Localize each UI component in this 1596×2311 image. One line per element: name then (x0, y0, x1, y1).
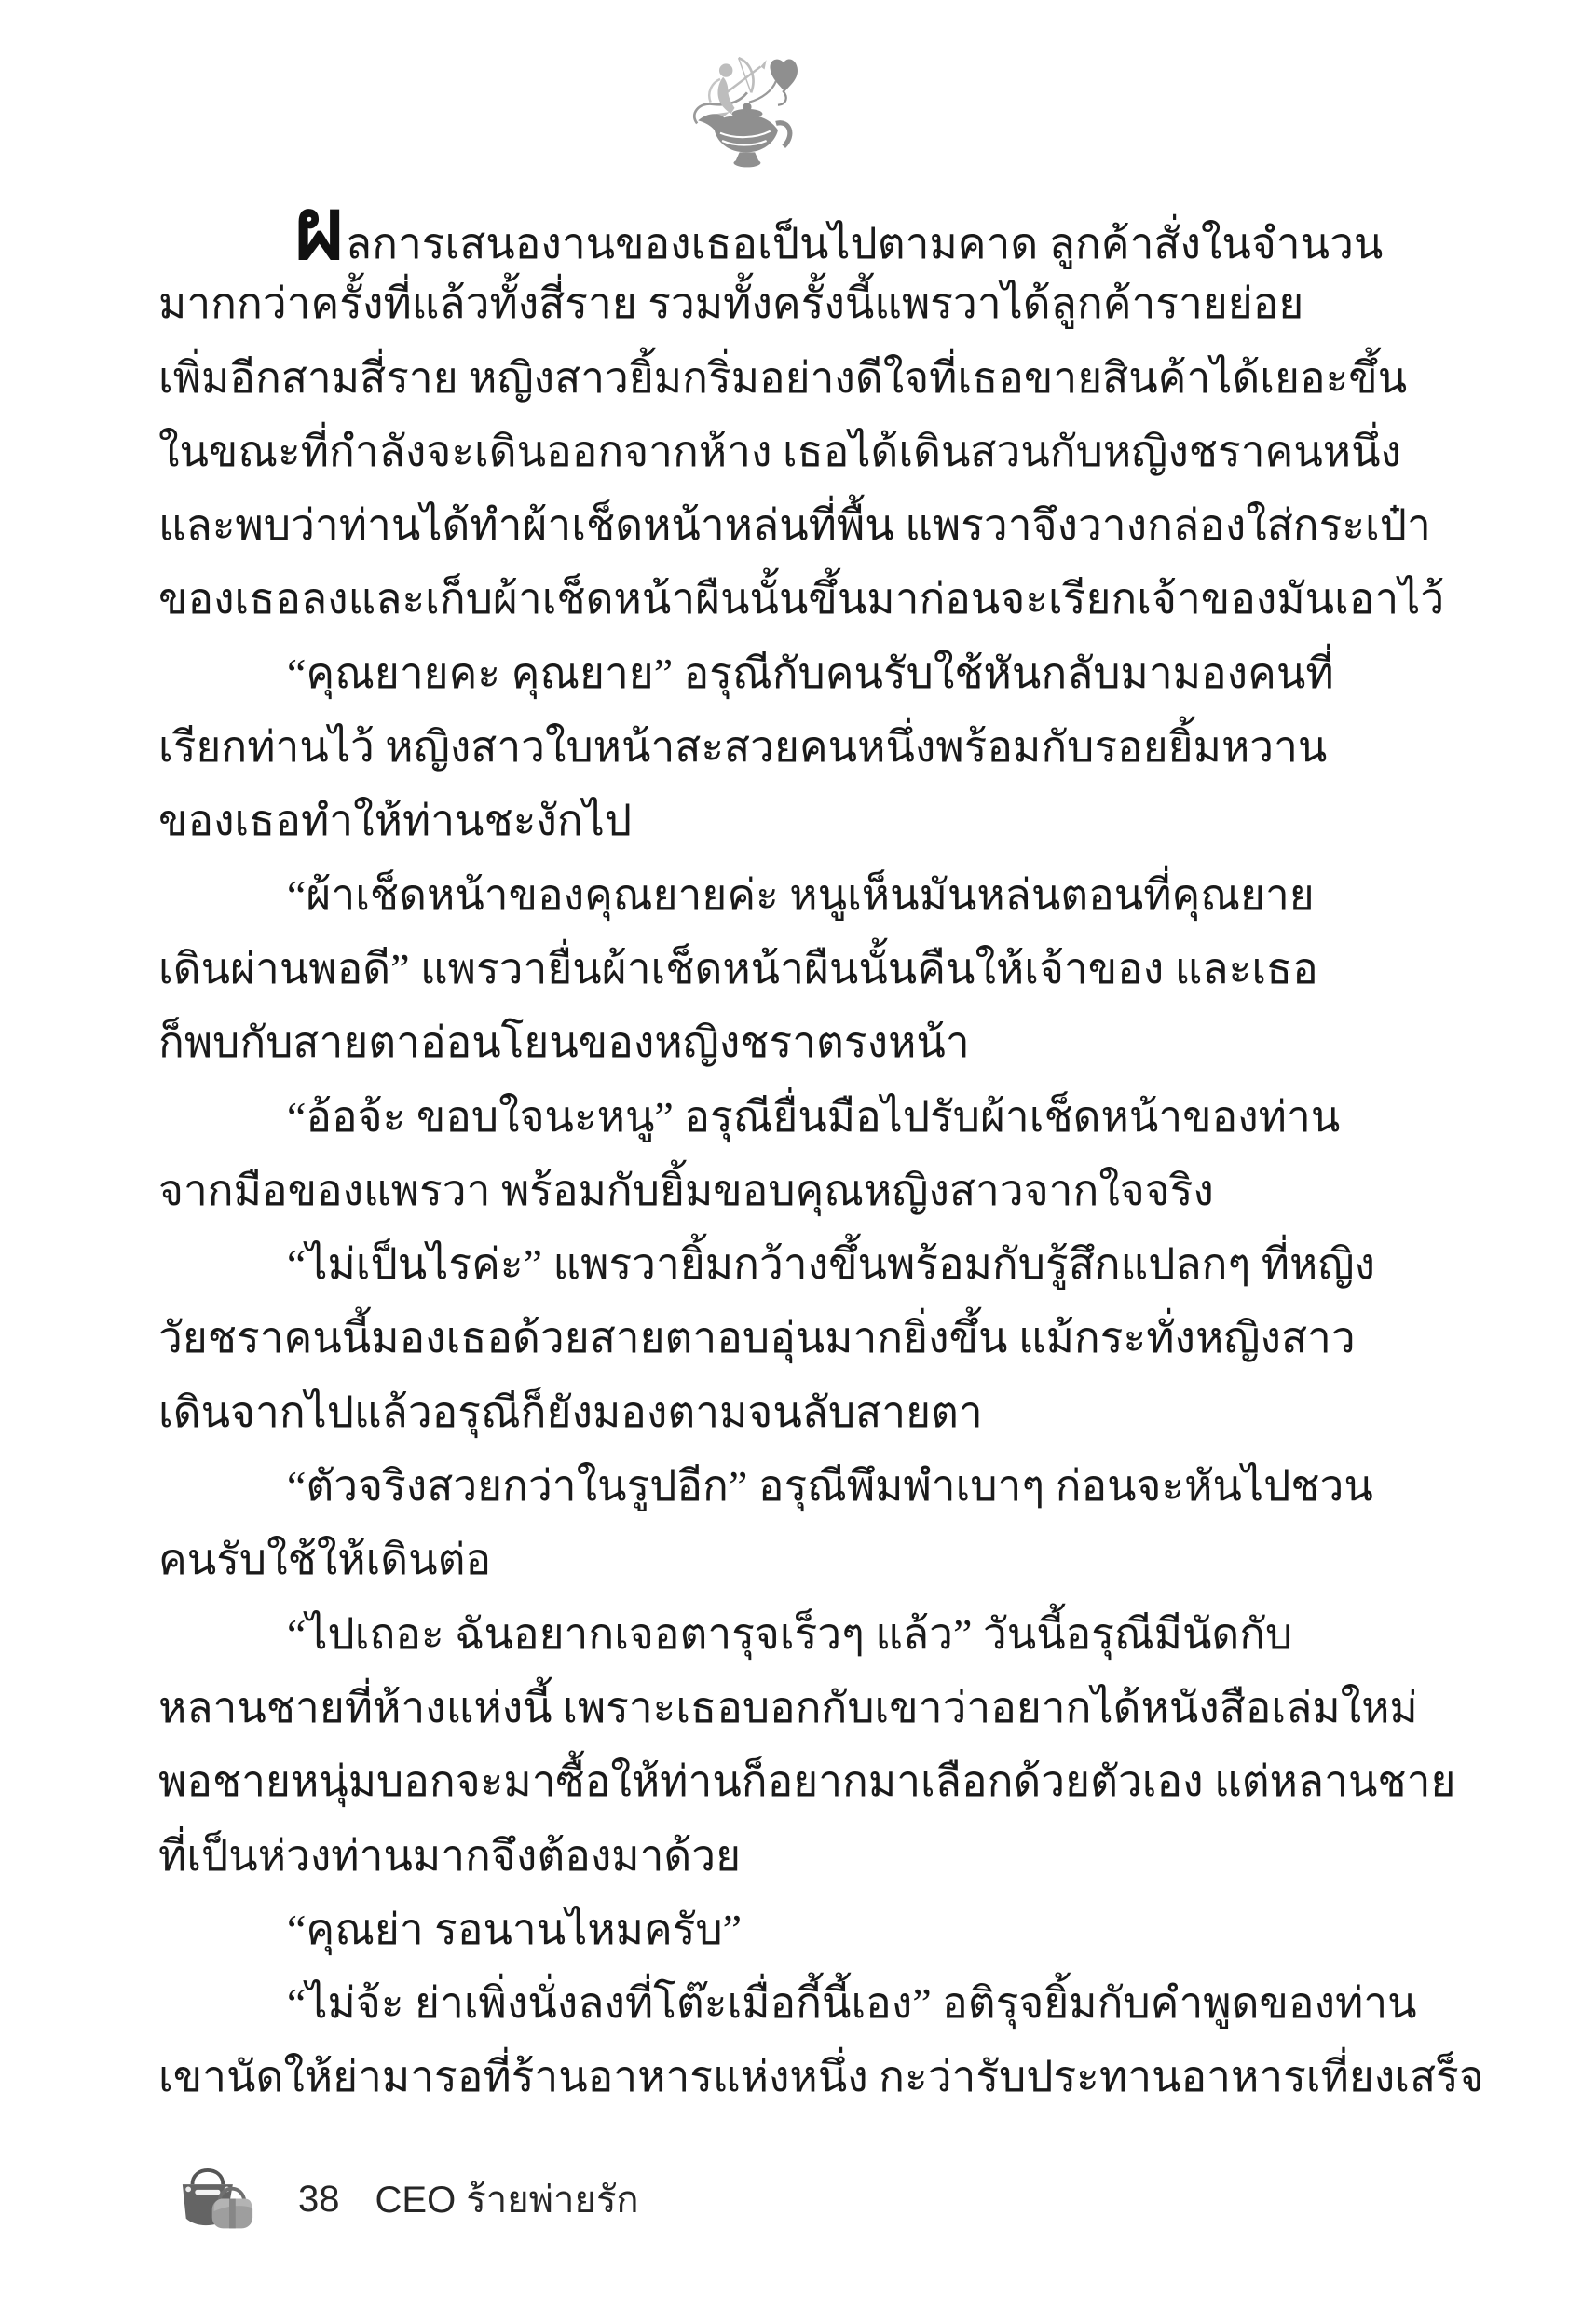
text-line: เดินผ่านพอดี” แพรวายื่นผ้าเช็ดหน้าผืนนั้… (158, 932, 1425, 1005)
book-title: CEO ร้ายพ่ายรัก (375, 2169, 639, 2229)
text-line: วัยชราคนนี้มองเธอด้วยสายตาอบอุ่นมากยิ่งข… (158, 1301, 1425, 1374)
page-footer: 38 CEO ร้ายพ่ายรัก (173, 2160, 639, 2238)
text-line: ก็พบกับสายตาอ่อนโยนของหญิงชราตรงหน้า (158, 1005, 1425, 1079)
text-line: เรียกท่านไว้ หญิงสาวใบหน้าสะสวยคนหนึ่งพร… (158, 710, 1425, 784)
drop-cap: ผ (294, 182, 346, 277)
text-line: “ไม่จ้ะ ย่าเพิ่งนั่งลงที่โต๊ะเมื่อกี้นี้… (158, 1966, 1425, 2040)
body-text: ผลการเสนองานของเธอเป็นไปตามคาด ลูกค้าสั่… (158, 193, 1425, 2114)
text-line: ของเธอลงและเก็บผ้าเช็ดหน้าผืนนั้นขึ้นมาก… (158, 562, 1425, 636)
text-line: เดินจากไปแล้วอรุณีก็ยังมองตามจนลับสายตา (158, 1375, 1425, 1449)
text-line: เขานัดให้ย่ามารอที่ร้านอาหารแห่งหนึ่ง กะ… (158, 2040, 1425, 2113)
text-line: “ผ้าเช็ดหน้าของคุณยายค่ะ หนูเห็นมันหล่นต… (158, 858, 1425, 932)
text-line: “อ้อจ้ะ ขอบใจนะหนู” อรุณียื่นมือไปรับผ้า… (158, 1080, 1425, 1154)
text-line: เพิ่มอีกสามสี่ราย หญิงสาวยิ้มกริ่มอย่างด… (158, 341, 1425, 415)
text-line: ของเธอทำให้ท่านชะงักไป (158, 784, 1425, 857)
text-line: และพบว่าท่านได้ทำผ้าเช็ดหน้าหล่นที่พื้น … (158, 488, 1425, 562)
text-line: มากกว่าครั้งที่แล้วทั้งสี่ราย รวมทั้งครั… (158, 267, 1425, 340)
text-line: จากมือของแพรวา พร้อมกับยิ้มขอบคุณหญิงสาว… (158, 1154, 1425, 1227)
text-line: “คุณย่า รอนานไหมครับ” (158, 1893, 1425, 1966)
text-line: “ไปเถอะ ฉันอยากเจอตารุจเร็วๆ แล้ว” วันนี… (158, 1597, 1425, 1671)
cupid-lamp-ornament-icon (691, 54, 807, 170)
text-line: “คุณยายคะ คุณยาย” อรุณีกับคนรับใช้หันกลั… (158, 636, 1425, 710)
text-line: “ตัวจริงสวยกว่าในรูปอีก” อรุณีพึมพำเบาๆ … (158, 1449, 1425, 1523)
book-page: ผลการเสนองานของเธอเป็นไปตามคาด ลูกค้าสั่… (0, 0, 1596, 2311)
text-line: ที่เป็นห่วงท่านมากจึงต้องมาด้วย (158, 1819, 1425, 1893)
page-number: 38 (298, 2179, 340, 2221)
text-line: ในขณะที่กำลังจะเดินออกจากห้าง เธอได้เดิน… (158, 415, 1425, 488)
text-line: หลานชายที่ห้างแห่งนี้ เพราะเธอบอกกับเขาว… (158, 1671, 1425, 1744)
handbags-icon (173, 2161, 261, 2237)
text-line: ผลการเสนองานของเธอเป็นไปตามคาด ลูกค้าสั่… (158, 193, 1425, 267)
text-line: “ไม่เป็นไรค่ะ” แพรวายิ้มกว้างขึ้นพร้อมกั… (158, 1227, 1425, 1301)
text-line: คนรับใช้ให้เดินต่อ (158, 1523, 1425, 1596)
text-line-content: ลการเสนองานของเธอเป็นไปตามคาด ลูกค้าสั่ง… (346, 220, 1383, 267)
text-line: พอชายหนุ่มบอกจะมาซื้อให้ท่านก็อยากมาเลือ… (158, 1744, 1425, 1818)
